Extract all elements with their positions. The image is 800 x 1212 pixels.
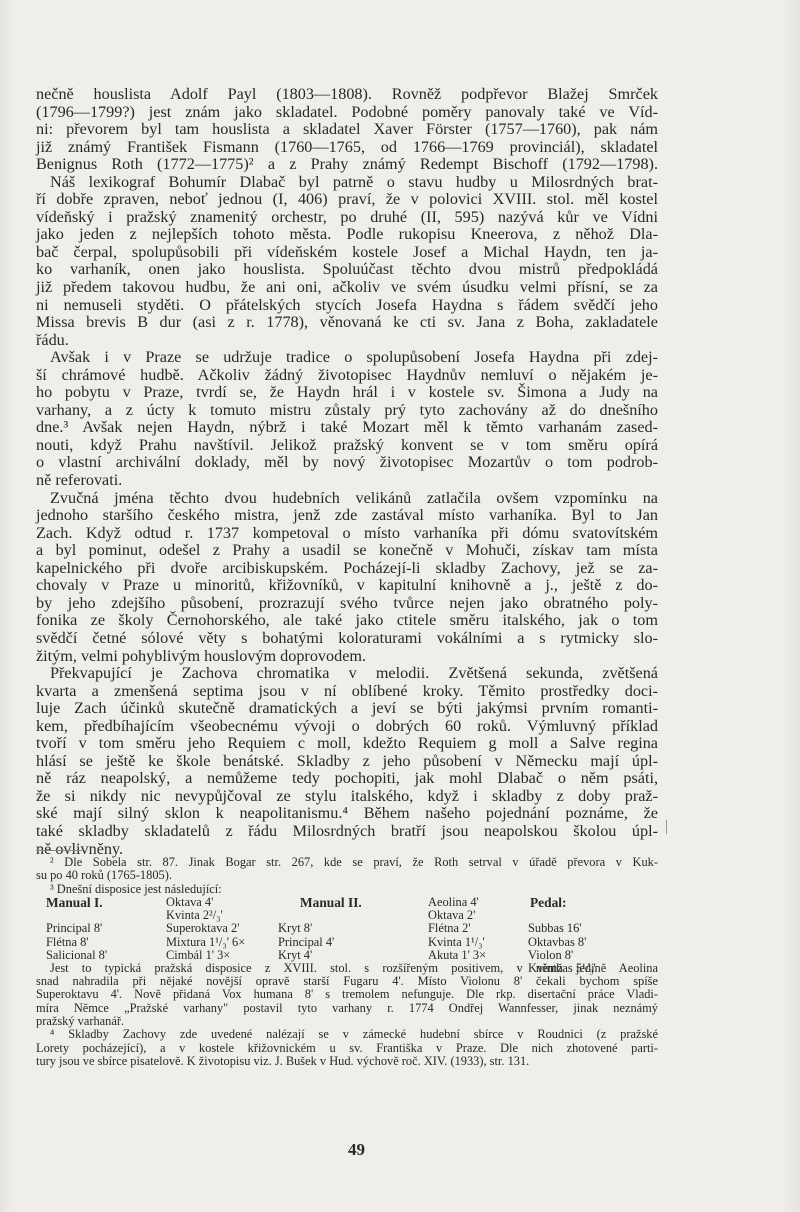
text-line: již předem takovou hudbu, že ani oni, ač… <box>36 279 658 297</box>
stop: Cimbál 1' 3× <box>166 949 245 962</box>
text-line: již známý František Fismann (1760—1765, … <box>36 139 658 157</box>
organ-disposition-table: Manual I. Principal 8' Flétna 8' Salicio… <box>36 896 658 962</box>
page-number: 49 <box>348 1140 365 1160</box>
text-line: že si nikdy nic nevypůjčoval ze stylu it… <box>36 788 658 806</box>
text-line: řádu. <box>36 332 658 350</box>
stop: Principal 8' <box>46 922 107 935</box>
text-line: Překvapující je Zachova chromatika v mel… <box>36 665 658 683</box>
text-line: ko varhaník, onen jako houslista. Spoluú… <box>36 261 658 279</box>
main-body-text: nečně houslista Adolf Payl (1803—1808). … <box>36 86 658 858</box>
stop: Principal 4' <box>278 936 362 949</box>
text-line: jednoho staršího českého mistra, jenž zd… <box>36 507 658 525</box>
text-line: Lorety pocházející), a v kostele křižovn… <box>36 1042 658 1055</box>
stop: Subbas 16' <box>528 922 596 935</box>
footnote-separator <box>36 850 82 851</box>
stop: Superoktava 2' <box>166 922 245 935</box>
text-line: kvarta a zmenšená septima jsou v ní oblí… <box>36 683 658 701</box>
stop: Kryt 4' <box>278 949 362 962</box>
text-line: o vlastní archivální doklady, měl by nov… <box>36 454 658 472</box>
text-line: Zach. Když odtud r. 1737 kompetoval o mí… <box>36 525 658 543</box>
text-line: ⁴ Skladby Zachovy zde uvedené nalézají s… <box>36 1028 658 1041</box>
text-line: ně referovati. <box>36 472 658 490</box>
text-line: chovaly v Praze u minoritů, křižovníků, … <box>36 577 658 595</box>
text-line: a byl pominut, odešel z Prahy a usadil s… <box>36 542 658 560</box>
margin-mark <box>666 820 667 834</box>
stop: Mixtura 1¹/₃' 6× <box>166 936 245 949</box>
text-line: ² Dle Sobela str. 87. Jinak Bogar str. 2… <box>36 856 658 869</box>
stop: Akuta 1' 3× <box>428 949 486 962</box>
text-line: su po 40 roků (1765-1805). <box>36 869 658 882</box>
text-line: ni nemuseli styděti. O přátelských stycí… <box>36 297 658 315</box>
manual-1-column-b: Oktava 4' Kvinta 2²/₃' Superoktava 2' Mi… <box>166 896 245 962</box>
text-line: (1796—1799?) jest znám jako skladatel. P… <box>36 104 658 122</box>
manual-2-column-b: Aeolina 4' Oktava 2' Flétna 2' Kvinta 1¹… <box>428 896 486 962</box>
footnotes-bottom: Jest to typická pražská disposice z XVII… <box>36 962 658 1068</box>
stop: Violon 8' <box>528 949 596 962</box>
document-page: nečně houslista Adolf Payl (1803—1808). … <box>0 0 800 1212</box>
manual-2-column-a: Manual II. Kryt 8' Principal 4' Kryt 4' <box>278 896 362 962</box>
text-line: Náš lexikograf Bohumír Dlabač byl patrně… <box>36 174 658 192</box>
text-line: Zvučná jména těchto dvou hudebních velik… <box>36 490 658 508</box>
text-line: ni: převorem byl tam houslista a skladat… <box>36 121 658 139</box>
footnotes-top: ² Dle Sobela str. 87. Jinak Bogar str. 2… <box>36 856 658 896</box>
text-line: Benignus Roth (1772—1775)² a z Prahy zná… <box>36 156 658 174</box>
text-line: by jeho zdejšího působení, prozrazují sv… <box>36 595 658 613</box>
stop: Oktavbas 8' <box>528 936 596 949</box>
manual-1-column-a: Manual I. Principal 8' Flétna 8' Salicio… <box>46 896 107 962</box>
text-line: ho pobytu v Praze, tvrdí se, že Haydn hr… <box>36 384 658 402</box>
stop: Oktava 2' <box>428 909 486 922</box>
manual-1-heading: Manual I. <box>46 896 107 909</box>
text-line: Superoktavu 4'. Nově přidaná Vox humana … <box>36 988 658 1001</box>
stop: Salicional 8' <box>46 949 107 962</box>
text-line: nečně houslista Adolf Payl (1803—1808). … <box>36 86 658 104</box>
text-line: snad nahradila při nějaké novější opravě… <box>36 975 658 988</box>
text-line: svědčí četné sólové věty s bohatými kolo… <box>36 630 658 648</box>
text-line: kapelnického při dvoře arcibiskupském. P… <box>36 560 658 578</box>
stop: Kvintbas 5¹/₃' <box>528 962 596 975</box>
text-line: také skladby skladatelů z řádu Milosrdný… <box>36 823 658 841</box>
text-line: tvoří v tom směru jeho Requiem c moll, k… <box>36 735 658 753</box>
text-line: hlásí se ještě ke škole benátské. Skladb… <box>36 753 658 771</box>
text-line: fonika ze školy Černohorského, ale také … <box>36 612 658 630</box>
text-line: míra Němce „Pražské varhany" postavil ty… <box>36 1002 658 1015</box>
text-line: ří dobře zpraven, neboť jednou (I, 406) … <box>36 191 658 209</box>
pedal-column: Pedal: Subbas 16' Oktavbas 8' Violon 8' … <box>528 896 596 976</box>
stop: Flétna 2' <box>428 922 486 935</box>
text-line: vídeňský i pražský znamenitý orchestr, p… <box>36 209 658 227</box>
text-line: Missa brevis B dur (asi z r. 1778), věno… <box>36 314 658 332</box>
text-line: ské mají silný sklon k neapolitanismu.⁴ … <box>36 805 658 823</box>
text-line: pražský varhanář. <box>36 1015 658 1028</box>
text-line: luje Zach účinků skutečně dramatických a… <box>36 700 658 718</box>
footnotes: ² Dle Sobela str. 87. Jinak Bogar str. 2… <box>36 856 658 1068</box>
text-line: kem, předbíhajícím všeobecnému vývoji o … <box>36 718 658 736</box>
text-line: dne.³ Avšak nejen Haydn, nýbrž i také Mo… <box>36 419 658 437</box>
stop: Kryt 8' <box>278 922 362 935</box>
stop: Kvinta 2²/₃' <box>166 909 245 922</box>
text-line: Avšak i v Praze se udržuje tradice o spo… <box>36 349 658 367</box>
text-line: ší chrámové hudbě. Ačkoliv žádný životop… <box>36 367 658 385</box>
text-line: ně ráz neapolský, a nemůžeme tedy pochop… <box>36 770 658 788</box>
manual-2-heading: Manual II. <box>278 896 362 909</box>
stop: Flétna 8' <box>46 936 107 949</box>
stop: Kvinta 1¹/₃' <box>428 936 486 949</box>
text-line: tury jsou ve sbírce pisatelově. K životo… <box>36 1055 658 1068</box>
text-line: bač čerpal, spolupůsobili při vídeňském … <box>36 244 658 262</box>
text-line: varhany, a z úcty k tomuto mistru zůstal… <box>36 402 658 420</box>
text-line: nouti, když Prahu navštívil. Jelikož pra… <box>36 437 658 455</box>
text-line: ³ Dnešní disposice jest následující: <box>36 883 658 896</box>
text-line: jako jeden z nejlepších tohoto města. Po… <box>36 226 658 244</box>
text-line: žitým, velmi pohyblivým houslovým doprov… <box>36 648 658 666</box>
stop: Aeolina 4' <box>428 896 486 909</box>
stop: Oktava 4' <box>166 896 245 909</box>
pedal-heading: Pedal: <box>528 896 596 909</box>
